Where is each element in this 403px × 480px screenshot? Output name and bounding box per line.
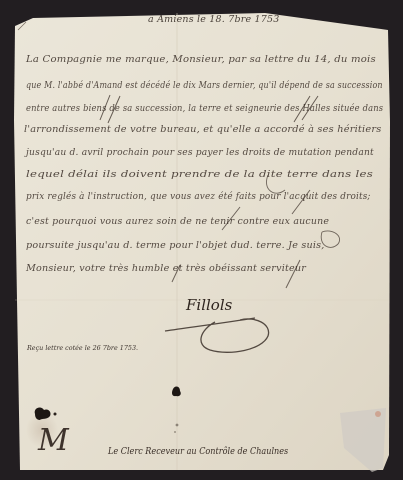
- document-viewer: a Amiens le 18. 7bre 1753 La Compagnie m…: [0, 0, 403, 480]
- ink-blots: [0, 0, 403, 480]
- letter-paper: a Amiens le 18. 7bre 1753 La Compagnie m…: [0, 0, 403, 480]
- ink-blot-icon: [172, 387, 181, 433]
- ink-blot-icon: [35, 407, 57, 420]
